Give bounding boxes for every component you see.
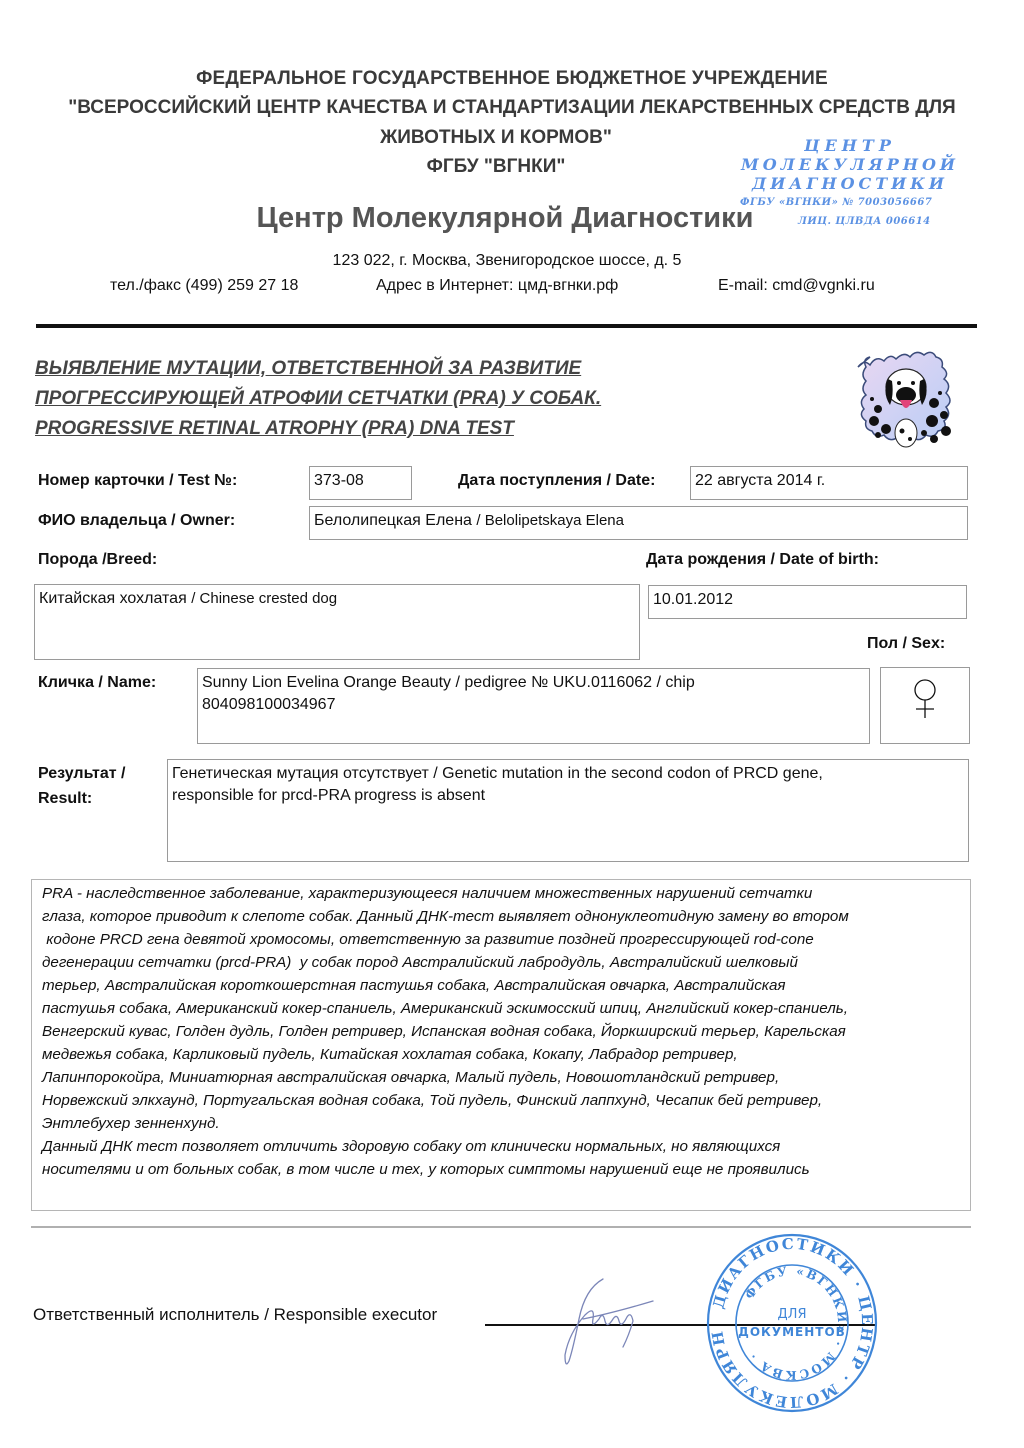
footer-divider: [31, 1226, 971, 1228]
description-line: Энтлебухер зенненхунд.: [42, 1112, 960, 1135]
test-title-line-1: ВЫЯВЛЕНИЕ МУТАЦИИ, ОТВЕТСТВЕННОЙ ЗА РАЗВ…: [35, 358, 581, 380]
email: E-mail: cmd@vgnki.ru: [718, 277, 875, 295]
result-label-1: Результат /: [38, 765, 125, 783]
receipt-date-value: 22 августа 2014 г.: [695, 472, 825, 489]
receipt-date-label: Дата поступления / Date:: [458, 472, 655, 490]
description-line: дегенерации сетчатки (prcd-PRA) у собак …: [42, 951, 960, 974]
owner-field: Белолипецкая Елена / Belolipetskaya Elen…: [309, 506, 968, 540]
executor-label: Ответственный исполнитель / Responsible …: [33, 1305, 437, 1325]
owner-name-en: / Belolipetskaya Elena: [476, 512, 624, 529]
description-line: Норвежский элкхаунд, Португальская водна…: [42, 1089, 960, 1112]
breed-en: / Chinese crested dog: [191, 590, 337, 607]
receipt-date-field: 22 августа 2014 г.: [690, 466, 968, 500]
description-line: PRA - наследственное заболевание, характ…: [42, 882, 960, 905]
description-line: пастушья собака, Американский кокер-спан…: [42, 997, 960, 1020]
breed-field: Китайская хохлатая / Chinese crested dog: [34, 584, 640, 660]
description-line: Венгерский кувас, Голден дудль, Голден р…: [42, 1020, 960, 1043]
dog-name-field: Sunny Lion Evelina Orange Beauty / pedig…: [197, 668, 870, 744]
result-field: Генетическая мутация отсутствует / Genet…: [167, 759, 969, 862]
header-divider: [36, 324, 977, 328]
description-line: терьер, Австралийская короткошерстная па…: [42, 974, 960, 997]
round-stamp: ДИАГНОСТИКИ · ЦЕНТР · МОЛЕКУЛЯРНОЙ ФГБУ …: [704, 1232, 880, 1414]
result-line-2: responsible for prcd-PRA progress is abs…: [172, 785, 964, 807]
description-line: кодоне PRCD гена девятой хромосомы, отве…: [42, 928, 960, 951]
description-line: глаза, которое приводит к слепоте собак.…: [42, 905, 960, 928]
sex-label: Пол / Sex:: [867, 635, 945, 653]
test-description: PRA - наследственное заболевание, характ…: [31, 879, 971, 1211]
svg-text:ДОКУМЕНТОВ: ДОКУМЕНТОВ: [738, 1325, 846, 1339]
dog-name-label: Кличка / Name:: [38, 674, 156, 692]
website: Адрес в Интернет: цмд-вгнки.рф: [376, 277, 618, 295]
description-line: Данный ДНК тест позволяет отличить здоро…: [42, 1135, 960, 1158]
handwritten-signature: [535, 1275, 665, 1370]
description-line: Лапинпорокойра, Миниатюрная австралийска…: [42, 1066, 960, 1089]
test-number-label: Номер карточки / Test №:: [38, 472, 237, 490]
dog-name-line-2: 804098100034967: [202, 694, 865, 716]
dob-value: 10.01.2012: [653, 591, 733, 608]
female-symbol-icon: [881, 668, 969, 743]
stamp-line: ЦЕНТР: [740, 136, 960, 155]
owner-name-ru: Белолипецкая Елена: [314, 512, 476, 529]
test-title-line-2: ПРОГРЕССИРУЮЩЕЙ АТРОФИИ СЕТЧАТКИ (PRA) У…: [35, 388, 601, 410]
stamp-line: МОЛЕКУЛЯРНОЙ: [740, 155, 960, 174]
org-header-line-2: "ВСЕРОССИЙСКИЙ ЦЕНТР КАЧЕСТВА И СТАНДАРТ…: [0, 97, 1024, 119]
dog-name-line-1: Sunny Lion Evelina Orange Beauty / pedig…: [202, 672, 865, 694]
description-line: медвежья собака, Карликовый пудель, Кита…: [42, 1043, 960, 1066]
result-label-2: Result:: [38, 790, 92, 808]
test-number-value: 373-08: [314, 472, 364, 489]
phone-fax: тел./факс (499) 259 27 18: [110, 277, 298, 295]
sex-field: [880, 667, 970, 744]
address: 123 022, г. Москва, Звенигородское шоссе…: [0, 252, 1014, 270]
test-number-field: 373-08: [309, 466, 412, 500]
dalmatian-dog-icon: [848, 345, 966, 457]
dob-label: Дата рождения / Date of birth:: [646, 551, 879, 569]
breed-ru: Китайская хохлатая: [39, 590, 191, 607]
test-title-line-3: PROGRESSIVE RETINAL ATROPHY (PRA) DNA TE…: [35, 418, 514, 440]
stamp-line: ДИАГНОСТИКИ: [740, 174, 960, 193]
svg-text:ФГБУ «ВГНКИ» · МОСКВА ·: ФГБУ «ВГНКИ» · МОСКВА ·: [742, 1264, 849, 1382]
description-line: носителями и от больных собак, в том чис…: [42, 1158, 960, 1181]
org-header-line-1: ФЕДЕРАЛЬНОЕ ГОСУДАРСТВЕННОЕ БЮДЖЕТНОЕ УЧ…: [0, 68, 1024, 90]
owner-label: ФИО владельца / Owner:: [38, 512, 235, 530]
dob-field: 10.01.2012: [648, 585, 967, 619]
svg-text:ДЛЯ: ДЛЯ: [778, 1307, 807, 1322]
result-line-1: Генетическая мутация отсутствует / Genet…: [172, 763, 964, 785]
center-name: Центр Молекулярной Диагностики: [0, 202, 1010, 235]
breed-label: Порода /Breed:: [38, 551, 157, 569]
